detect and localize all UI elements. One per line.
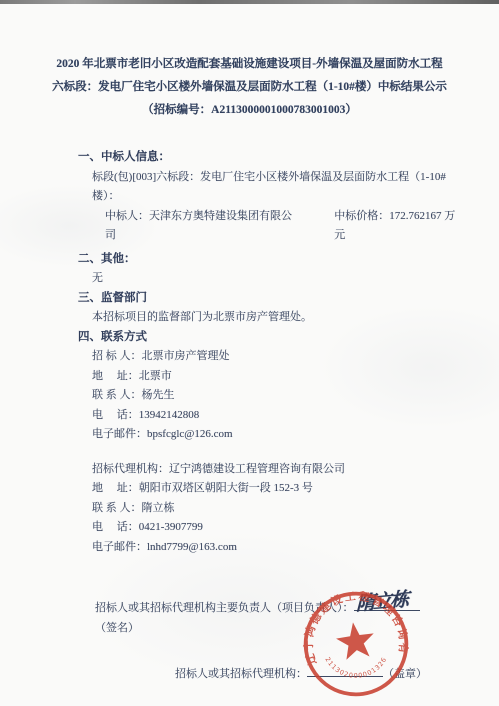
tenderer-address-label: 地 址： (92, 367, 139, 387)
winner-price: 中标价格：172.762167 万元 (334, 207, 463, 246)
tenderer-row-email: 电子邮件：bpsfcglc@126.com (78, 425, 463, 445)
section3-body: 本招标项目的监督部门为北票市房产管理处。 (78, 308, 463, 328)
agency-person-label: 联 系 人： (92, 499, 142, 519)
stamp-label: 招标人或其招标代理机构： (175, 668, 307, 680)
tenderer-name-label: 招 标 人： (92, 347, 142, 367)
agency-phone-value: 0421-3907799 (139, 521, 203, 533)
agency-row-contact-person: 联 系 人：隋立栋 (78, 499, 463, 519)
section1-lot-line: 标段(包)[003]六标段：发电厂住宅小区楼外墙保温及层面防水工程（1-10#楼… (78, 168, 463, 207)
document-body: 一、中标人信息： 标段(包)[003]六标段：发电厂住宅小区楼外墙保温及层面防水… (0, 148, 499, 684)
section2-heading: 二、其他： (78, 250, 463, 270)
signature-suffix: （签名） (95, 622, 139, 634)
tenderer-row-address: 地 址：北票市 (78, 367, 463, 387)
tenderer-row-phone: 电 话：13942142808 (78, 406, 463, 426)
tenderer-person-value: 杨先生 (142, 389, 175, 401)
agency-email-value: lnhd7799@163.com (147, 541, 237, 553)
tenderer-row-name: 招 标 人：北票市房产管理处 (78, 347, 463, 367)
section1-heading: 一、中标人信息： (78, 148, 463, 168)
agency-name-label: 招标代理机构： (92, 463, 169, 475)
agency-phone-label: 电 话： (92, 518, 139, 538)
signature-label: 招标人或其招标代理机构主要负责人（项目负责人）： (95, 602, 354, 614)
agency-row-address: 地 址：朝阳市双塔区朝阳大街一段 152-3 号 (78, 479, 463, 499)
winner-name: 中标人：天津东方奥特建设集团有限公司 (105, 207, 298, 246)
scan-top-edge (0, 0, 499, 4)
stamp-underline (307, 663, 383, 677)
tenderer-person-label: 联 系 人： (92, 386, 142, 406)
stamp-line: 招标人或其招标代理机构：（盖章） (78, 663, 463, 684)
signature-line: 招标人或其招标代理机构主要负责人（项目负责人）：隋立栋（签名） (78, 595, 463, 638)
agency-contact-block: 招标代理机构：辽宁鸿德建设工程管理咨询有限公司 地 址：朝阳市双塔区朝阳大街一段… (78, 460, 463, 558)
stamp-suffix: （盖章） (383, 668, 427, 680)
tenderer-name-value: 北票市房产管理处 (142, 350, 230, 362)
agency-person-value: 隋立栋 (142, 502, 175, 514)
section1-winner-line: 中标人：天津东方奥特建设集团有限公司 中标价格：172.762167 万元 (78, 207, 463, 246)
title-line-3-tender-number: （招标编号：A2113000001000783001003） (34, 99, 465, 122)
section2-body: 无 (78, 269, 463, 289)
tenderer-email-label: 电子邮件： (92, 425, 147, 445)
tenderer-phone-label: 电 话： (92, 406, 139, 426)
section4-heading: 四、联系方式 (78, 328, 463, 348)
agency-row-name: 招标代理机构：辽宁鸿德建设工程管理咨询有限公司 (78, 460, 463, 480)
section3-heading: 三、监督部门 (78, 289, 463, 309)
handwritten-signature: 隋立栋 (356, 589, 407, 614)
document-title: 2020 年北票市老旧小区改造配套基础设施建设项目-外墙保温及屋面防水工程 六标… (34, 53, 465, 122)
agency-email-label: 电子邮件： (92, 538, 147, 558)
agency-name-value: 辽宁鸿德建设工程管理咨询有限公司 (169, 463, 345, 475)
agency-address-value: 朝阳市双塔区朝阳大街一段 152-3 号 (139, 482, 313, 494)
tenderer-phone-value: 13942142808 (139, 409, 200, 421)
tenderer-email-value: bpsfcglc@126.com (147, 428, 233, 440)
tenderer-row-contact-person: 联 系 人：杨先生 (78, 386, 463, 406)
agency-row-phone: 电 话：0421-3907799 (78, 518, 463, 538)
tenderer-contact-block: 招 标 人：北票市房产管理处 地 址：北票市 联 系 人：杨先生 电 话：139… (78, 347, 463, 445)
signature-underline: 隋立栋 (354, 595, 420, 611)
title-line-1: 2020 年北票市老旧小区改造配套基础设施建设项目-外墙保温及屋面防水工程 (34, 53, 465, 76)
agency-row-email: 电子邮件：lnhd7799@163.com (78, 538, 463, 558)
scanned-document-page: 2020 年北票市老旧小区改造配套基础设施建设项目-外墙保温及屋面防水工程 六标… (0, 0, 499, 706)
tenderer-address-value: 北票市 (139, 370, 172, 382)
title-line-2: 六标段：发电厂住宅小区楼外墙保温及层面防水工程（1-10#楼）中标结果公示 (34, 76, 465, 99)
agency-address-label: 地 址： (92, 479, 139, 499)
